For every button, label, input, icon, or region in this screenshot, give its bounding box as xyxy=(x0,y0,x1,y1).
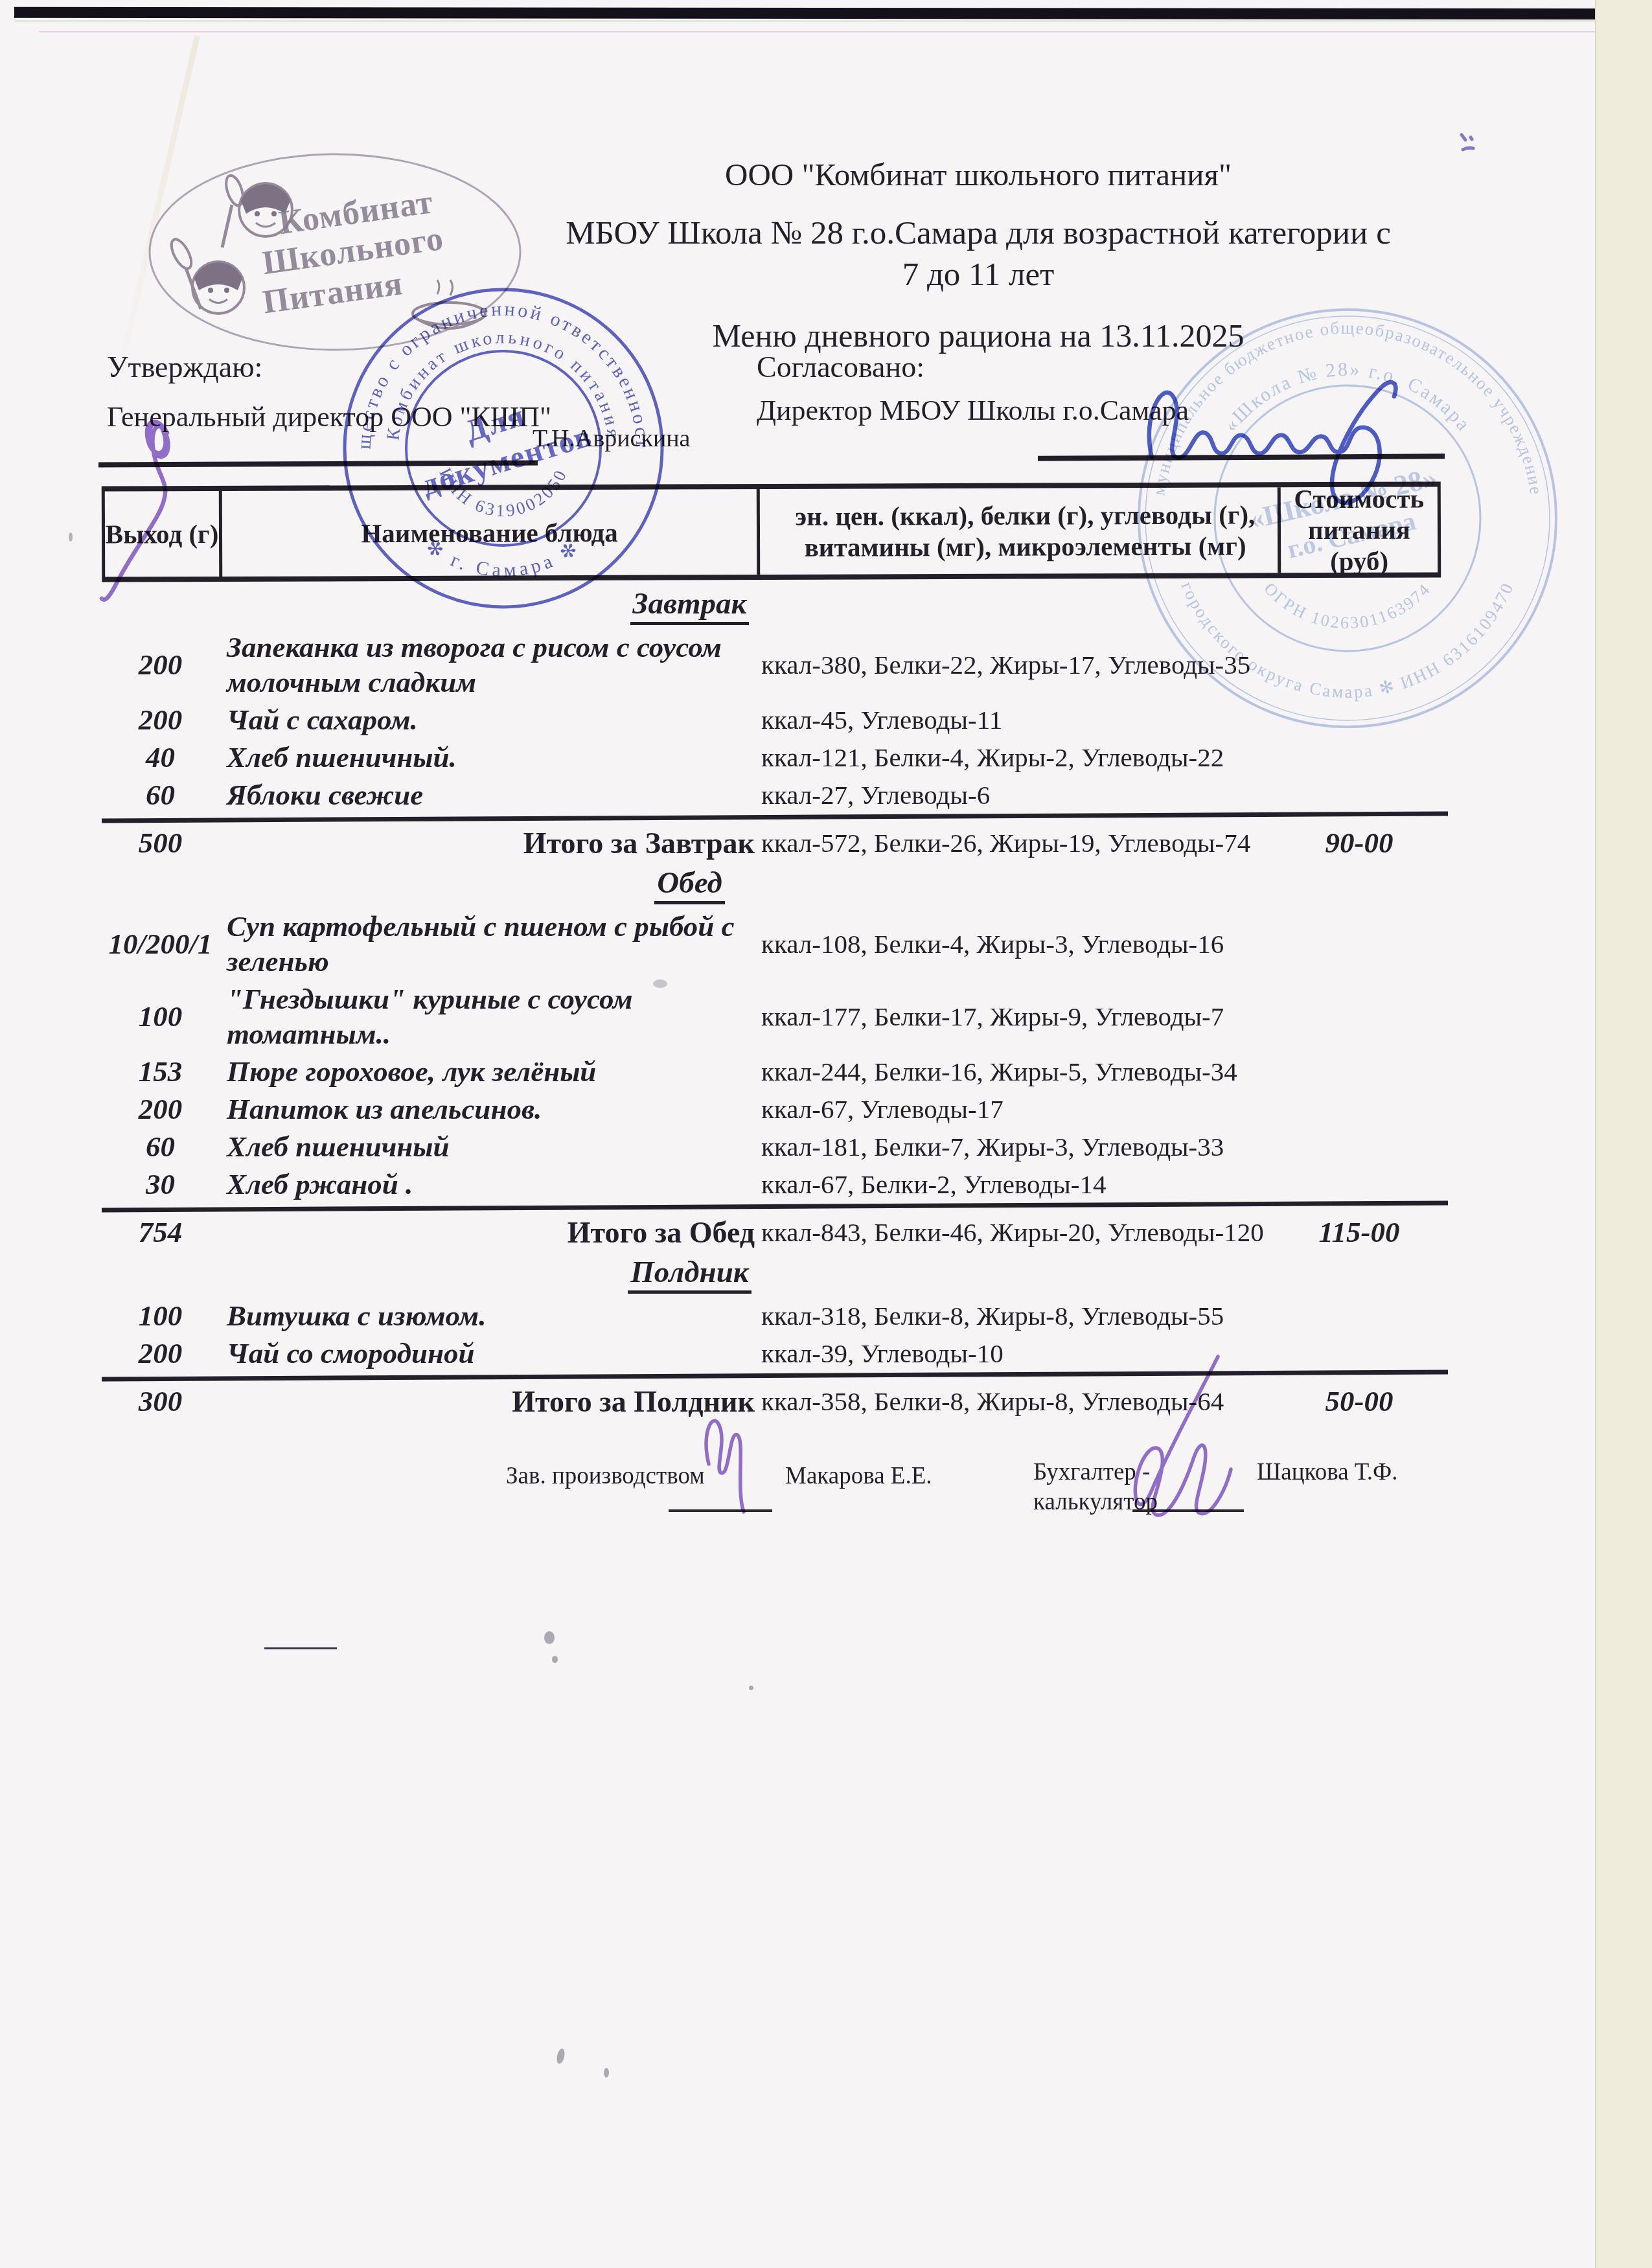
ink-speck xyxy=(1462,135,1473,150)
scanned-menu-page: Комбинат Школьного Питания ООО "Комбинат… xyxy=(0,0,1652,2268)
accountant-signature xyxy=(1135,1357,1231,1515)
school-director-signature xyxy=(1149,382,1396,503)
director-signature xyxy=(102,422,168,600)
production-manager-signature xyxy=(706,1421,744,1512)
handwritten-ink-layer xyxy=(0,0,1652,2268)
